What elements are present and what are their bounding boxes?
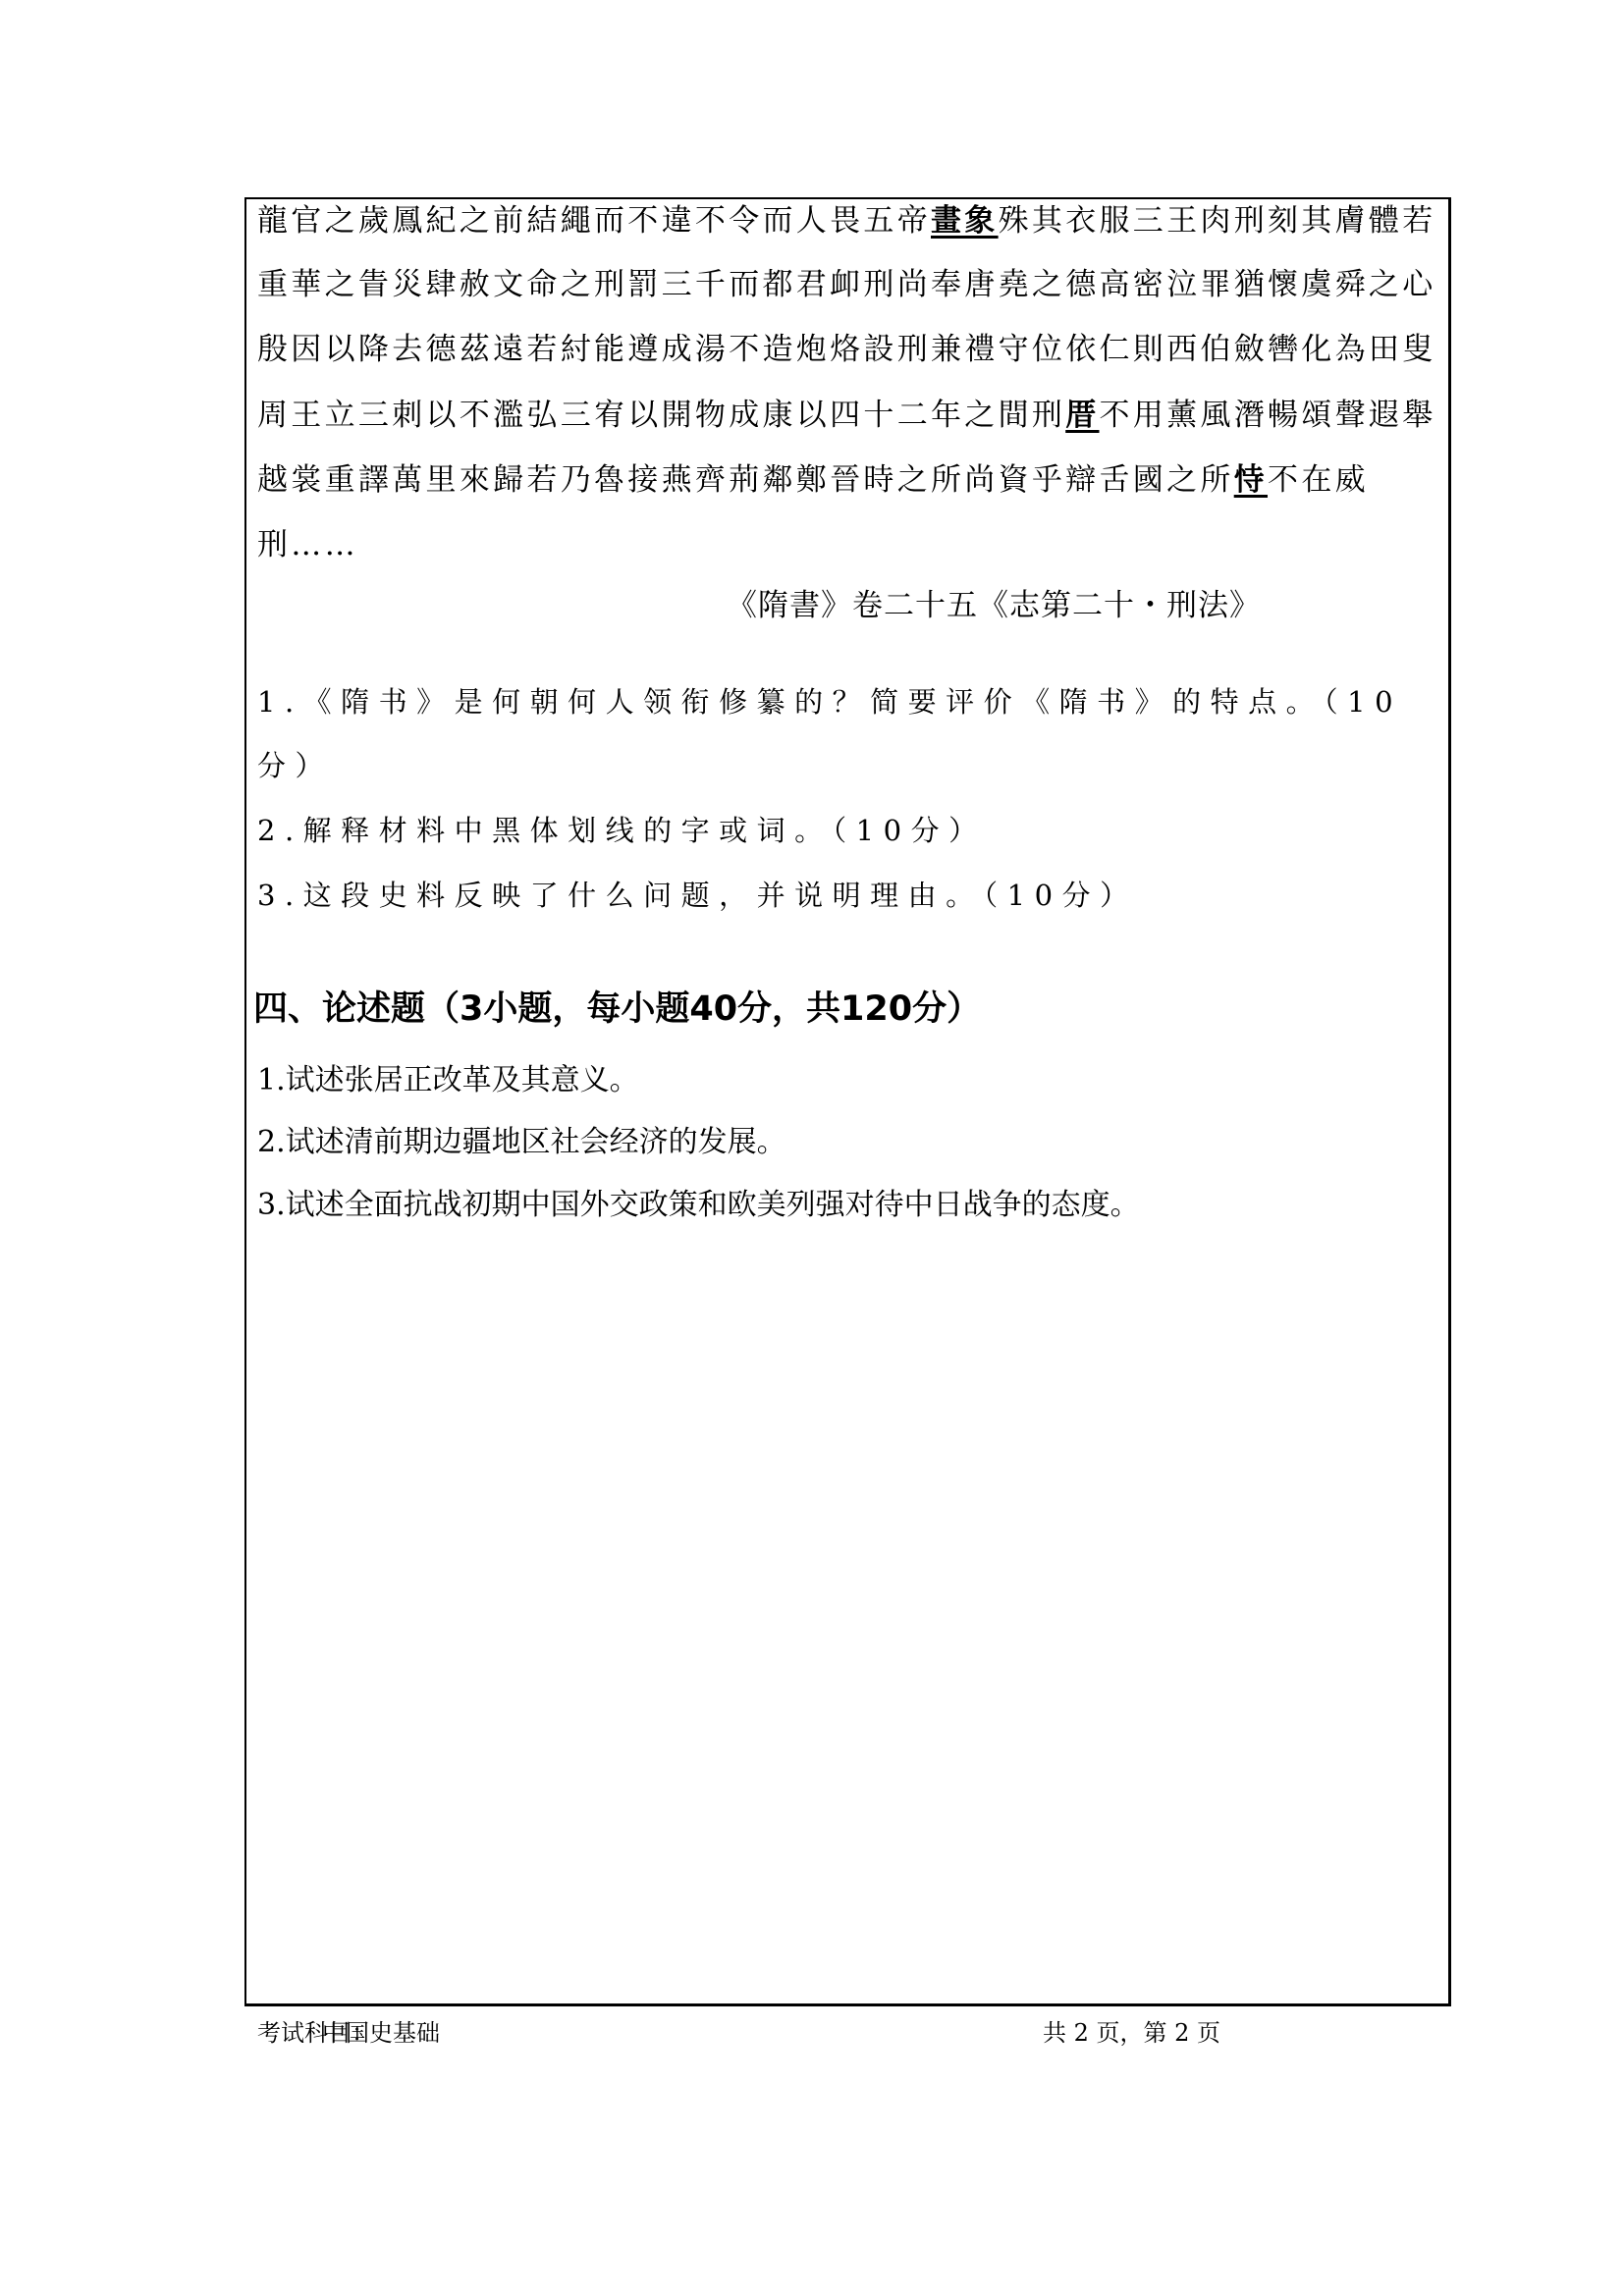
passage-line-1: 龍官之歲鳳紀之前結繩而不違不令而人畏五帝畫象殊其衣服三王肉刑刻其膚體若 [257,201,1436,240]
footer-subject-value: 中国史基础 [322,2018,440,2048]
question-2: 2.解释材料中黑体划线的字或词。（10分） [257,811,987,850]
footer-page-info: 共 2 页，第 2 页 [1043,2018,1220,2048]
passage-text: 重華之眚災肆赦文命之刑罰三千而都君卹刑尚奉唐堯之德高密泣罪猶懷虞舜之心 [257,267,1436,302]
passage-text: 龍官之歲鳳紀之前結繩而不違不令而人畏五帝 [257,203,931,239]
passage-line-5: 越裳重譯萬里來歸若乃魯接燕齊荊鄰鄭晉時之所尚資乎辯舌國之所恃不在威 [257,460,1369,500]
passage-line-4: 周王立三刺以不濫弘三宥以開物成康以四十二年之間刑厝不用薰風潛暢頌聲遐舉 [257,396,1436,435]
question-3: 3.这段史料反映了什么问题，并说明理由。（10分） [257,876,1138,915]
underlined-term: 厝 [1065,398,1099,433]
passage-line-3: 殷因以降去德茲遠若紂能遵成湯不造炮烙設刑兼禮守位依仁則西伯斂轡化為田叟 [257,330,1436,369]
essay-question-1: 1.试述张居正改革及其意义。 [257,1061,639,1100]
essay-question-2: 2.试述清前期边疆地区社会经济的发展。 [257,1123,786,1162]
passage-line-2: 重華之眚災肆赦文命之刑罰三千而都君卹刑尚奉唐堯之德高密泣罪猶懷虞舜之心 [257,265,1436,304]
passage-text: 越裳重譯萬里來歸若乃魯接燕齊荊鄰鄭晉時之所尚資乎辯舌國之所 [257,462,1234,498]
passage-text: 不用薰風潛暢頌聲遐舉 [1100,398,1436,433]
passage-text: 殊其衣服三王肉刑刻其膚體若 [999,203,1436,239]
underlined-term: 畫象 [931,203,999,239]
passage-text: 殷因以降去德茲遠若紂能遵成湯不造炮烙設刑兼禮守位依仁則西伯斂轡化為田叟 [257,332,1436,367]
passage-line-6: 刑…… [257,525,358,564]
underlined-term: 恃 [1234,462,1268,498]
section-4-heading: 四、论述题（3小题，每小题40分，共120分） [253,988,981,1031]
passage-text: 不在威 [1268,462,1369,498]
essay-question-3: 3.试述全面抗战初期中国外交政策和欧美列强对待中日战争的态度。 [257,1186,1140,1225]
question-1-line-1: 1.《隋书》是何朝何人领衔修纂的？简要评价《隋书》的特点。（10 [257,682,1402,721]
passage-text: 刑…… [257,527,358,562]
passage-text: 周王立三刺以不濫弘三宥以開物成康以四十二年之間刑 [257,398,1065,433]
passage-source: 《隋書》卷二十五《志第二十・刑法》 [727,586,1261,625]
question-1-line-2: 分） [257,746,333,785]
